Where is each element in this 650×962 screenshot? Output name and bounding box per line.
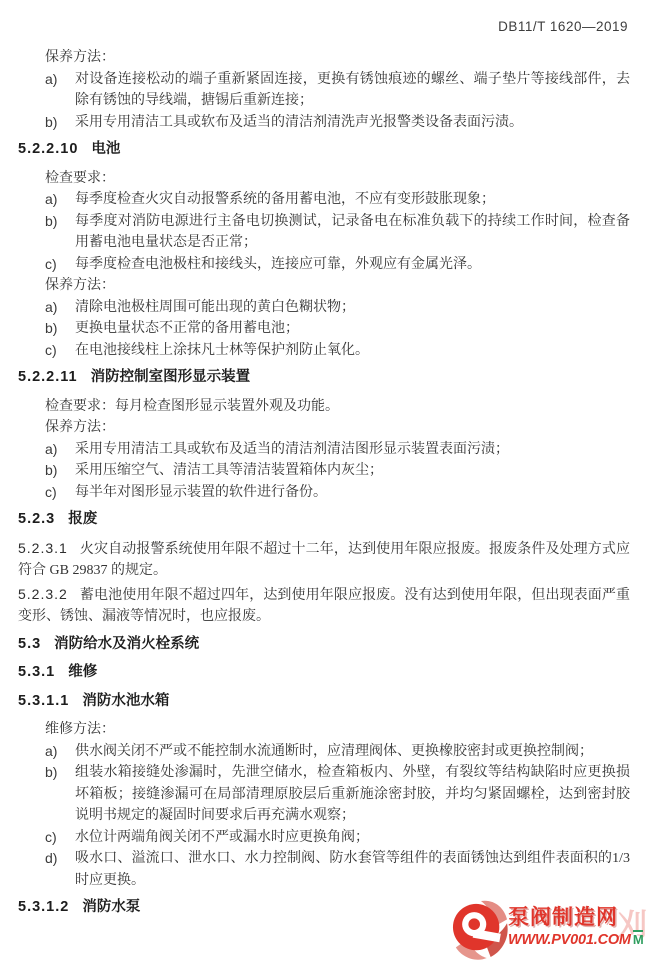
list-text: 吸水口、溢流口、泄水口、水力控制阀、防水套管等组件的表面锈蚀达到组件表面积的1/… [75, 848, 630, 891]
list-text: 每季度对消防电源进行主备电切换测试，记录备电在标准负载下的持续工作时间，检查备用… [75, 211, 630, 254]
list-marker: b) [45, 460, 75, 482]
list-marker: a) [45, 741, 75, 763]
list-item: b) 每季度对消防电源进行主备电切换测试，记录备电在标准负载下的持续工作时间，检… [45, 211, 630, 254]
list-item: a) 采用专用清洁工具或软布及适当的清洁剂清洁图形显示装置表面污渍； [45, 439, 630, 461]
list-item: b) 采用压缩空气、清洁工具等清洁装置箱体内灰尘； [45, 460, 630, 482]
clause-title: 消防水池水箱 [82, 693, 169, 709]
list-marker: a) [45, 189, 75, 211]
doc-number: DB11/T 1620—2019 [0, 0, 650, 34]
clause-heading-water-tank: 5.3.1.1消防水池水箱 [18, 691, 630, 713]
list-text: 水位计两端角阀关闭不严或漏水时应更换角阀； [75, 827, 630, 849]
clause-number: 5.2.3.2 [18, 586, 68, 602]
list-marker: b) [45, 762, 75, 827]
clause-title: 维修 [68, 664, 97, 680]
list-item: b) 组装水箱接缝处渗漏时，先泄空储水，检查箱板内、外壁，有裂纹等结构缺陷时应更… [45, 762, 630, 827]
clause-heading-display-device: 5.2.2.11消防控制室图形显示装置 [18, 367, 630, 389]
list-marker: b) [45, 211, 75, 254]
requirement-line: 检查要求：每月检查图形显示装置外观及功能。 [45, 396, 630, 418]
list-label: 维修方法： [45, 719, 630, 741]
document-page: DB11/T 1620—2019 保养方法： a) 对设备连接松动的端子重新紧固… [0, 0, 650, 962]
pump-impeller-icon [452, 899, 508, 961]
list-text: 清除电池极柱周围可能出现的黄白色糊状物； [75, 297, 630, 319]
list-item: a) 清除电池极柱周围可能出现的黄白色糊状物； [45, 297, 630, 319]
watermark-logo: 刈 泵阀制造网 WWW.PV001.COMM [452, 898, 644, 962]
list-label: 保养方法： [45, 417, 630, 439]
list-text: 每半年对图形显示装置的软件进行备份。 [75, 482, 630, 504]
logo-site-name: 泵阀制造网 [508, 905, 644, 930]
list-text: 采用专用清洁工具或软布及适当的清洁剂清洁图形显示装置表面污渍； [75, 439, 630, 461]
logo-m-mark: M [633, 930, 644, 947]
list-item: d) 吸水口、溢流口、泄水口、水力控制阀、防水套管等组件的表面锈蚀达到组件表面积… [45, 848, 630, 891]
clause-number: 5.2.2.11 [18, 369, 78, 385]
logo-text: 泵阀制造网 WWW.PV001.COMM [508, 905, 644, 950]
list-marker: c) [45, 482, 75, 504]
list-text: 每季度检查电池极柱和接线头，连接应可靠，外观应有金属光泽。 [75, 254, 630, 276]
document-body: 保养方法： a) 对设备连接松动的端子重新紧固连接，更换有锈蚀痕迹的螺丝、端子垫… [0, 34, 650, 919]
list-item: c) 在电池接线柱上涂抹凡士林等保护剂防止氧化。 [45, 340, 630, 362]
list-item: a) 对设备连接松动的端子重新紧固连接，更换有锈蚀痕迹的螺丝、端子垫片等接线部件… [45, 69, 630, 112]
list-item: b) 采用专用清洁工具或软布及适当的清洁剂清洗声光报警类设备表面污渍。 [45, 112, 630, 134]
clause-heading-battery: 5.2.2.10电池 [18, 139, 630, 161]
list-text: 采用专用清洁工具或软布及适当的清洁剂清洗声光报警类设备表面污渍。 [75, 112, 630, 134]
clause-title: 消防控制室图形显示装置 [91, 369, 251, 385]
list-item: a) 每季度检查火灾自动报警系统的备用蓄电池，不应有变形鼓胀现象； [45, 189, 630, 211]
list-text: 采用压缩空气、清洁工具等清洁装置箱体内灰尘； [75, 460, 630, 482]
clause-number: 5.2.2.10 [18, 141, 78, 157]
list-text: 对设备连接松动的端子重新紧固连接，更换有锈蚀痕迹的螺丝、端子垫片等接线部件，去除… [75, 69, 630, 112]
list-item: b) 更换电量状态不正常的备用蓄电池； [45, 318, 630, 340]
list-item: c) 水位计两端角阀关闭不严或漏水时应更换角阀； [45, 827, 630, 849]
list-text: 每季度检查火灾自动报警系统的备用蓄电池，不应有变形鼓胀现象； [75, 189, 630, 211]
list-item: a) 供水阀关闭不严或不能控制水流通断时，应清理阀体、更换橡胶密封或更换控制阀； [45, 741, 630, 763]
logo-url-text: WWW.PV001.COM [508, 932, 631, 948]
list-label: 检查要求： [45, 168, 630, 190]
list-text: 供水阀关闭不严或不能控制水流通断时，应清理阀体、更换橡胶密封或更换控制阀； [75, 741, 630, 763]
clause-heading-scrap: 5.2.3报废 [18, 509, 630, 531]
list-marker: b) [45, 318, 75, 340]
list-marker: d) [45, 848, 75, 891]
clause-title: 消防水泵 [82, 899, 140, 915]
clause-title: 报废 [68, 511, 97, 527]
clause-paragraph: 5.2.3.2蓄电池使用年限不超过四年，达到使用年限应报废。没有达到使用年限，但… [18, 584, 630, 628]
clause-number: 5.3.1.2 [18, 899, 69, 915]
list-label: 保养方法： [45, 275, 630, 297]
list-marker: a) [45, 69, 75, 112]
list-marker: c) [45, 254, 75, 276]
list-marker: c) [45, 827, 75, 849]
list-marker: a) [45, 439, 75, 461]
clause-number: 5.3.1.1 [18, 693, 69, 709]
list-item: c) 每季度检查电池极柱和接线头，连接应可靠，外观应有金属光泽。 [45, 254, 630, 276]
clause-heading-repair: 5.3.1维修 [18, 662, 630, 684]
paragraph-text: 蓄电池使用年限不超过四年，达到使用年限应报废。没有达到使用年限，但出现表面严重变… [18, 588, 630, 625]
list-label: 保养方法： [45, 47, 630, 69]
list-text: 更换电量状态不正常的备用蓄电池； [75, 318, 630, 340]
logo-site-url: WWW.PV001.COMM [508, 930, 644, 950]
clause-title: 消防给水及消火栓系统 [54, 636, 199, 652]
list-marker: b) [45, 112, 75, 134]
clause-heading-water-supply: 5.3消防给水及消火栓系统 [18, 634, 630, 656]
paragraph-text: 火灾自动报警系统使用年限不超过十二年，达到使用年限应报废。报废条件及处理方式应符… [18, 542, 630, 579]
clause-paragraph: 5.2.3.1火灾自动报警系统使用年限不超过十二年，达到使用年限应报废。报废条件… [18, 538, 630, 582]
clause-number: 5.3.1 [18, 664, 55, 680]
list-text: 组装水箱接缝处渗漏时，先泄空储水，检查箱板内、外壁，有裂纹等结构缺陷时应更换损坏… [75, 762, 630, 827]
list-marker: a) [45, 297, 75, 319]
clause-number: 5.3 [18, 636, 41, 652]
list-marker: c) [45, 340, 75, 362]
clause-number: 5.2.3.1 [18, 540, 68, 556]
list-item: c) 每半年对图形显示装置的软件进行备份。 [45, 482, 630, 504]
list-text: 在电池接线柱上涂抹凡士林等保护剂防止氧化。 [75, 340, 630, 362]
clause-number: 5.2.3 [18, 511, 55, 527]
clause-title: 电池 [91, 141, 120, 157]
